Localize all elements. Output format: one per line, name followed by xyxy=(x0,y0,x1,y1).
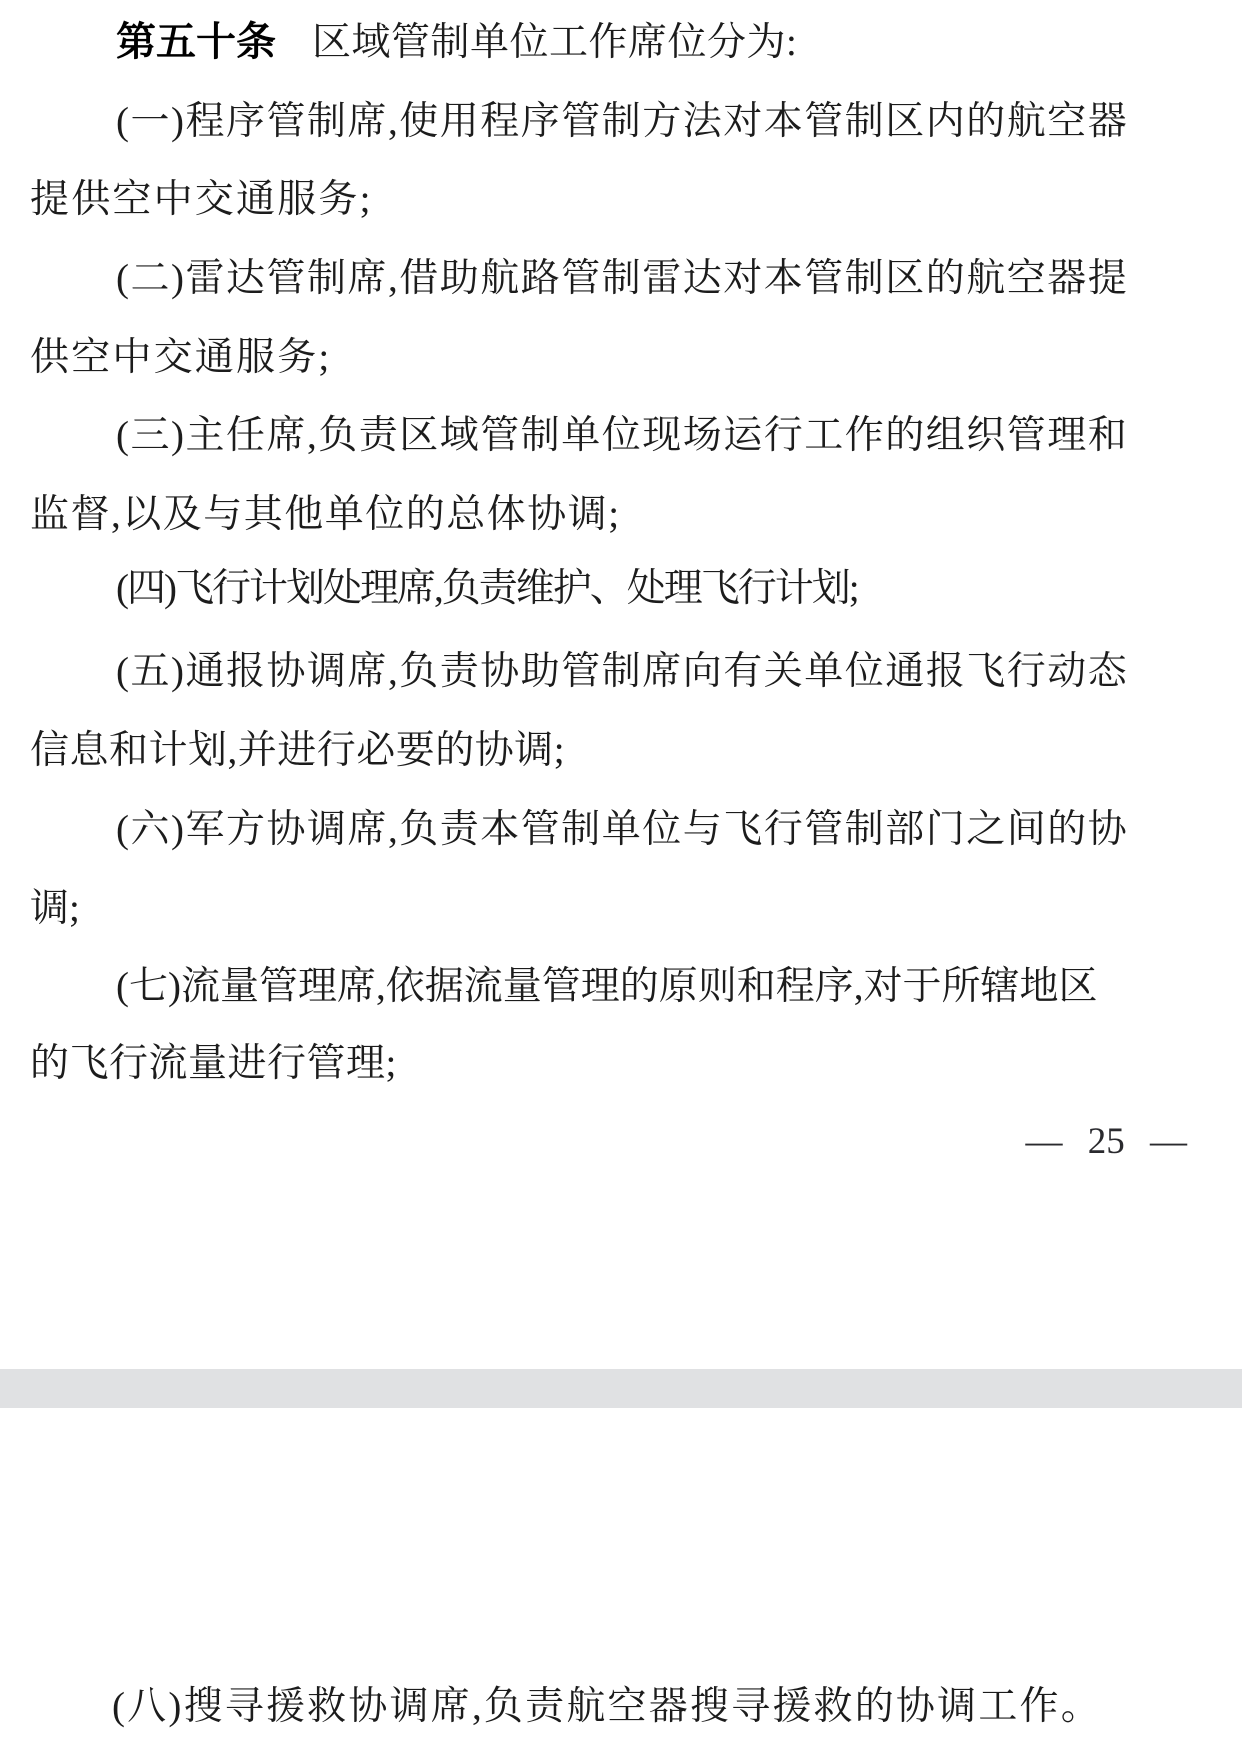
page-gap xyxy=(0,1369,1242,1408)
clause-4-line-1: (四)飞行计划处理席,负责维护、处理飞行计划; xyxy=(116,567,858,611)
clause-5-line-2: 信息和计划,并进行必要的协调; xyxy=(30,729,565,773)
clause-7-line-2: 的飞行流量进行管理; xyxy=(30,1042,397,1086)
article-heading: 第五十条区域管制单位工作席位分为: xyxy=(116,20,797,65)
clause-7-line-1: (七)流量管理席,依据流量管理的原则和程序,对于所辖地区 xyxy=(116,965,1097,1009)
clause-3-line-2: 监督,以及与其他单位的总体协调; xyxy=(30,493,621,537)
clause-8-line-1: (八)搜寻援救协调席,负责航空器搜寻援救的协调工作。 xyxy=(112,1685,1102,1729)
page-25: 第五十条区域管制单位工作席位分为: (一)程序管制席,使用程序管制方法对本管制区… xyxy=(0,0,1242,1369)
clause-6-line-1: (六)军方协调席,负责本管制单位与飞行管制部门之间的协 xyxy=(116,808,1128,852)
clause-2-line-1: (二)雷达管制席,借助航路管制雷达对本管制区的航空器提 xyxy=(116,257,1128,301)
article-title: 区域管制单位工作席位分为: xyxy=(312,21,797,64)
article-number: 第五十条 xyxy=(116,20,276,64)
page-number: — 25 — xyxy=(1026,1122,1188,1162)
clause-6-line-2: 调; xyxy=(30,887,80,931)
clause-2-line-2: 供空中交通服务; xyxy=(30,336,331,380)
clause-3-line-1: (三)主任席,负责区域管制单位现场运行工作的组织管理和 xyxy=(116,414,1128,458)
page-26: (八)搜寻援救协调席,负责航空器搜寻援救的协调工作。 xyxy=(0,1408,1242,1737)
clause-1-line-1: (一)程序管制席,使用程序管制方法对本管制区内的航空器 xyxy=(116,100,1128,144)
clause-1-line-2: 提供空中交通服务; xyxy=(30,178,373,222)
document-viewer: 第五十条区域管制单位工作席位分为: (一)程序管制席,使用程序管制方法对本管制区… xyxy=(0,0,1242,1737)
clause-5-line-1: (五)通报协调席,负责协助管制席向有关单位通报飞行动态 xyxy=(116,650,1128,694)
